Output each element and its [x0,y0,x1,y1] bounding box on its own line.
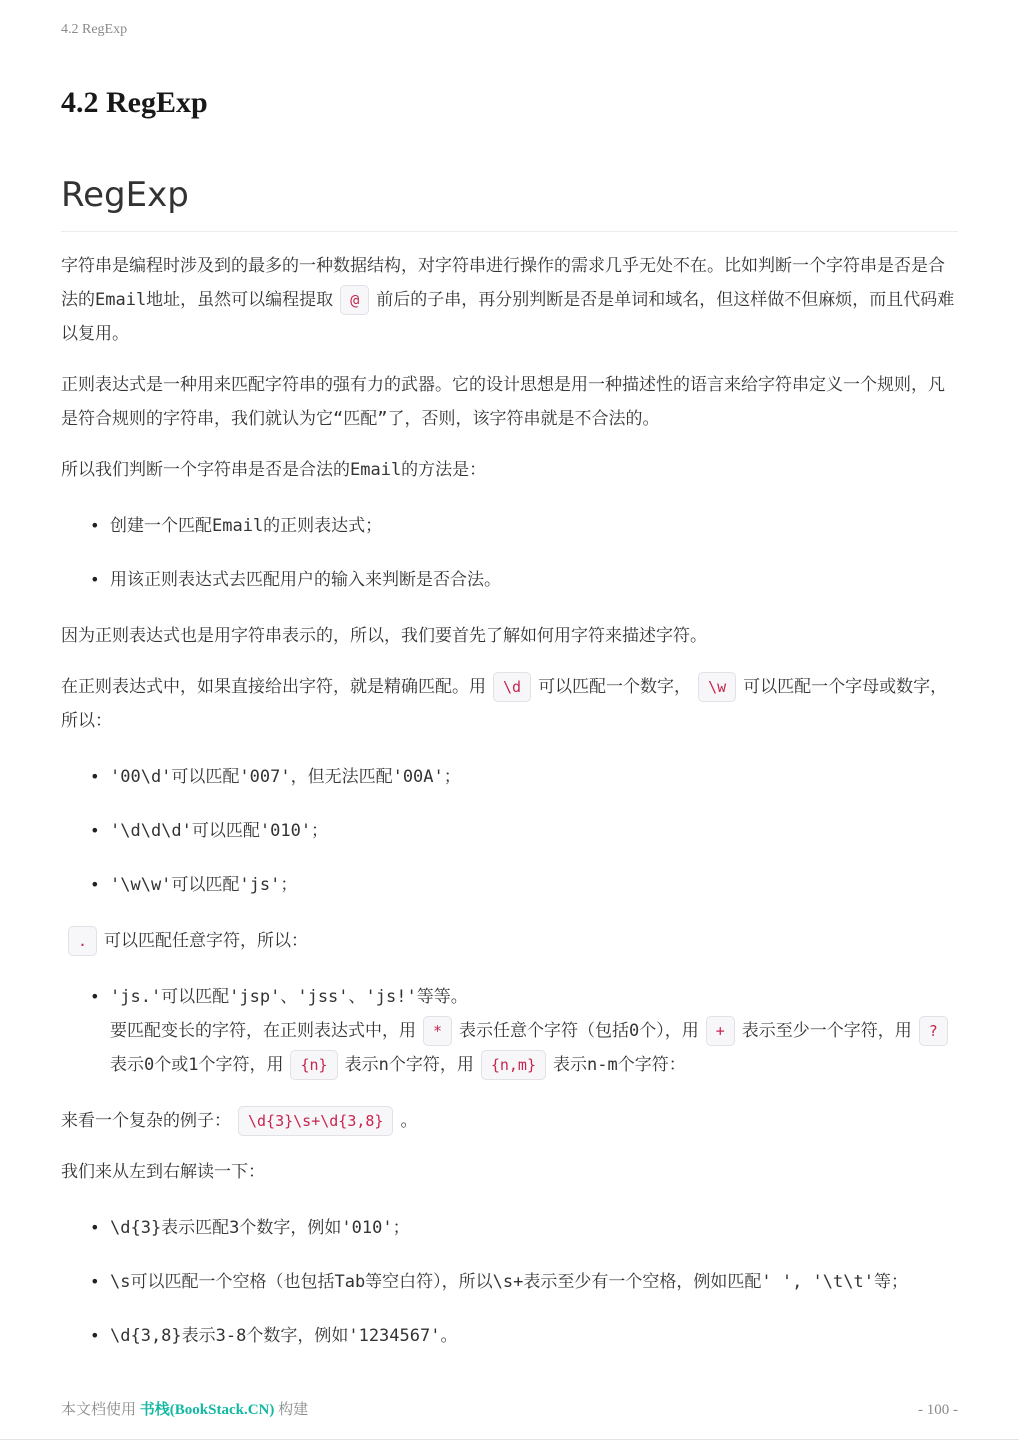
bullet-list: \d{3}表示匹配3个数字，例如'010'；\s可以匹配一个空格（也包括Tab等… [61,1211,958,1353]
paragraph: 字符串是编程时涉及到的最多的一种数据结构，对字符串进行操作的需求几乎无处不在。比… [61,249,958,351]
bullet-list: 创建一个匹配Email的正则表达式；用该正则表达式去匹配用户的输入来判断是否合法… [61,509,958,597]
inline-code: ? [919,1016,948,1046]
document-content: 字符串是编程时涉及到的最多的一种数据结构，对字符串进行操作的需求几乎无处不在。比… [61,249,958,1353]
inline-code: {n,m} [481,1050,546,1080]
page-number: - 100 - [918,1402,958,1419]
list-item: 'js.'可以匹配'jsp'、'jss'、'js!'等等。要匹配变长的字符，在正… [110,980,958,1082]
inline-code: + [706,1016,735,1046]
bullet-list: '00\d'可以匹配'007'，但无法匹配'00A'；'\d\d\d'可以匹配'… [61,760,958,902]
section-heading: RegExp [61,176,958,232]
footer-text-suffix: 构建 [278,1402,308,1418]
paragraph: .可以匹配任意字符，所以： [61,924,958,958]
list-item: 创建一个匹配Email的正则表达式； [110,509,958,543]
paragraph: 我们来从左到右解读一下： [61,1155,958,1189]
list-item: \s可以匹配一个空格（也包括Tab等空白符），所以\s+表示至少有一个空格，例如… [110,1265,958,1299]
page-title: 4.2 RegExp [61,84,958,122]
list-item: 用该正则表达式去匹配用户的输入来判断是否合法。 [110,563,958,597]
paragraph: 来看一个复杂的例子：\d{3}\s+\d{3,8}。 [61,1104,958,1138]
inline-code: @ [340,285,369,315]
paragraph: 因为正则表达式也是用字符串表示的，所以，我们要首先了解如何用字符来描述字符。 [61,619,958,653]
footer-attribution: 本文档使用 书栈(BookStack.CN) 构建 [61,1398,308,1419]
inline-code: \d [493,672,531,702]
bookstack-link[interactable]: 书栈(BookStack.CN) [140,1402,275,1418]
list-item: '\d\d\d'可以匹配'010'； [110,814,958,848]
list-item: \d{3}表示匹配3个数字，例如'010'； [110,1211,958,1245]
document-page: 4.2 RegExp 4.2 RegExp RegExp 字符串是编程时涉及到的… [0,0,1019,1440]
inline-code: {n} [290,1050,337,1080]
inline-code: \d{3}\s+\d{3,8} [238,1106,393,1136]
paragraph: 在正则表达式中，如果直接给出字符，就是精确匹配。用\d可以匹配一个数字，\w可以… [61,670,958,738]
list-item: '00\d'可以匹配'007'，但无法匹配'00A'； [110,760,958,794]
inline-code: \w [698,672,736,702]
paragraph: 正则表达式是一种用来匹配字符串的强有力的武器。它的设计思想是用一种描述性的语言来… [61,368,958,436]
bullet-list: 'js.'可以匹配'jsp'、'jss'、'js!'等等。要匹配变长的字符，在正… [61,980,958,1082]
paragraph: 所以我们判断一个字符串是否是合法的Email的方法是： [61,453,958,487]
page-footer: 本文档使用 书栈(BookStack.CN) 构建 - 100 - [61,1398,958,1419]
list-item: '\w\w'可以匹配'js'； [110,868,958,902]
inline-code: * [423,1016,452,1046]
list-item: \d{3,8}表示3-8个数字，例如'1234567'。 [110,1319,958,1353]
running-header: 4.2 RegExp [61,22,127,38]
footer-text-prefix: 本文档使用 [61,1402,140,1418]
inline-code: . [68,926,97,956]
